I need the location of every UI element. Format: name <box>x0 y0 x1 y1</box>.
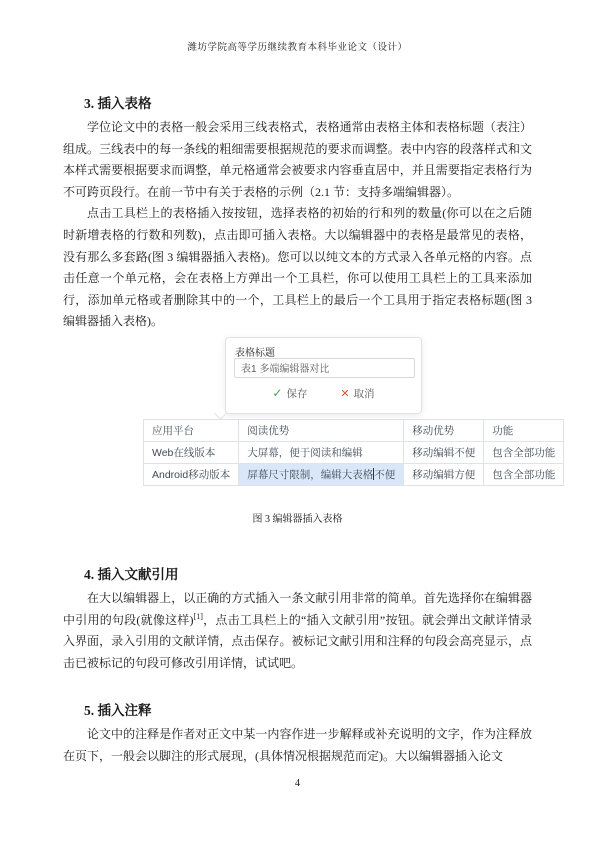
section-heading-insert-citation: 4. 插入文献引用 <box>63 566 532 584</box>
page-content: 3. 插入表格 学位论文中的表格一般会采用三线表格式，表格通常由表格主体和表格标… <box>63 0 532 768</box>
table-cell: 包含全部功能 <box>484 463 564 485</box>
popup-actions: ✓ 保存 ✕ 取消 <box>226 386 421 401</box>
table-row: Android移动版本 屏幕尺寸限制，编辑大表格不便 移动编辑方便 包含全部功能 <box>144 463 564 485</box>
cancel-button-label: 取消 <box>354 386 375 401</box>
figure-editor-screenshot: 表格标题 ✓ 保存 ✕ 取消 应用平台 <box>63 337 532 488</box>
table-header-row: 应用平台 阅读优势 移动优势 功能 <box>144 419 564 441</box>
table-title-input[interactable] <box>234 358 415 378</box>
page-number: 4 <box>0 778 595 789</box>
figure-caption: 图 3 编辑器插入表格 <box>63 510 532 525</box>
table-cell: Android移动版本 <box>144 463 239 485</box>
table-cell: 移动编辑不便 <box>404 441 484 463</box>
cell-text-after-caret: 不便 <box>374 469 395 481</box>
table-header-cell: 移动优势 <box>404 419 484 441</box>
table-header-cell: 功能 <box>484 419 564 441</box>
table-title-label: 表格标题 <box>235 344 275 359</box>
citation-marker: [1] <box>194 612 203 621</box>
table-cell: Web在线版本 <box>144 441 239 463</box>
paragraph: 论文中的注释是作者对正文中某一内容作进一步解释或补充说明的文字，作为注释放在页下… <box>63 724 532 767</box>
section-heading-insert-note: 5. 插入注释 <box>63 702 532 720</box>
section-heading-insert-table: 3. 插入表格 <box>63 95 532 113</box>
table-cell-selected[interactable]: 屏幕尺寸限制，编辑大表格不便 <box>239 463 404 485</box>
table-cell: 大屏幕，便于阅读和编辑 <box>239 441 404 463</box>
save-button[interactable]: ✓ 保存 <box>272 386 307 401</box>
x-icon: ✕ <box>340 387 349 400</box>
document-page: 潍坊学院高等学历继续教育本科毕业论文（设计） 3. 插入表格 学位论文中的表格一… <box>0 0 595 842</box>
table-title-popup: 表格标题 ✓ 保存 ✕ 取消 <box>225 337 422 414</box>
table-header-cell: 应用平台 <box>144 419 239 441</box>
paragraph: 学位论文中的表格一般会采用三线表格式，表格通常由表格主体和表格标题（表注）组成。… <box>63 117 532 203</box>
table-header-cell: 阅读优势 <box>239 419 404 441</box>
paragraph: 点击工具栏上的表格插入按按钮，选择表格的初始的行和列的数量(你可以在之后随时新增… <box>63 203 532 333</box>
cell-text-before-caret: 屏幕尺寸限制，编辑大表格 <box>247 469 373 481</box>
comparison-table: 应用平台 阅读优势 移动优势 功能 Web在线版本 大屏幕，便于阅读和编辑 移动… <box>143 419 564 486</box>
check-icon: ✓ <box>272 386 282 400</box>
table-cell: 移动编辑方便 <box>404 463 484 485</box>
cancel-button[interactable]: ✕ 取消 <box>340 386 374 401</box>
table-cell: 包含全部功能 <box>484 441 564 463</box>
save-button-label: 保存 <box>286 386 307 401</box>
paragraph: 在大以编辑器上，以正确的方式插入一条文献引用非常的简单。首先选择你在编辑器中引用… <box>63 588 532 674</box>
table-row: Web在线版本 大屏幕，便于阅读和编辑 移动编辑不便 包含全部功能 <box>144 441 564 463</box>
